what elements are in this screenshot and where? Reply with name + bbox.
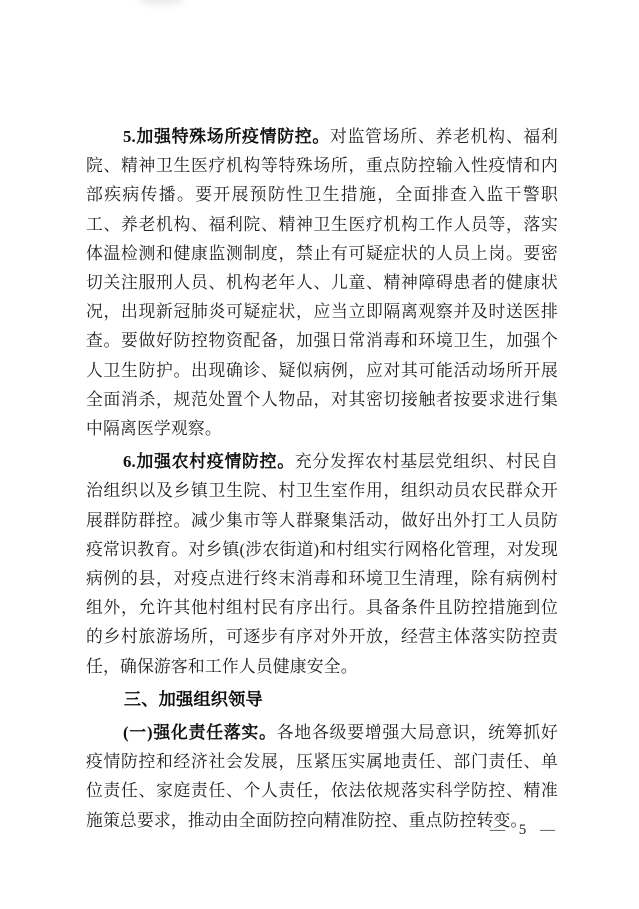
para-5-lead: 5.加强特殊场所疫情防控。 bbox=[123, 127, 330, 146]
page-number: — 5 — bbox=[490, 820, 555, 840]
para-6-lead: 6.加强农村疫情防控。 bbox=[123, 452, 295, 471]
para-special-places-control: 5.加强特殊场所疫情防控。对监管场所、养老机构、福利院、精神卫生医疗机构等特殊场… bbox=[86, 122, 558, 443]
document-page: 5.加强特殊场所疫情防控。对监管场所、养老机构、福利院、精神卫生医疗机构等特殊场… bbox=[0, 0, 639, 909]
document-body: 5.加强特殊场所疫情防控。对监管场所、养老机构、福利院、精神卫生医疗机构等特殊场… bbox=[86, 122, 558, 839]
scan-artifact bbox=[138, 0, 184, 6]
para-yi-lead: (一)强化责任落实。 bbox=[123, 723, 277, 742]
para-6-text: 充分发挥农村基层党组织、村民自治组织以及乡镇卫生院、村卫生室作用，组织动员农民群… bbox=[86, 452, 558, 675]
heading-strengthen-organization: 三、加强组织领导 bbox=[86, 685, 558, 714]
para-rural-control: 6.加强农村疫情防控。充分发挥农村基层党组织、村民自治组织以及乡镇卫生院、村卫生… bbox=[86, 447, 558, 681]
para-responsibility: (一)强化责任落实。各地各级要增强大局意识，统筹抓好疫情防控和经济社会发展，压紧… bbox=[86, 718, 558, 835]
para-5-text: 对监管场所、养老机构、福利院、精神卫生医疗机构等特殊场所，重点防控输入性疫情和内… bbox=[86, 127, 558, 438]
